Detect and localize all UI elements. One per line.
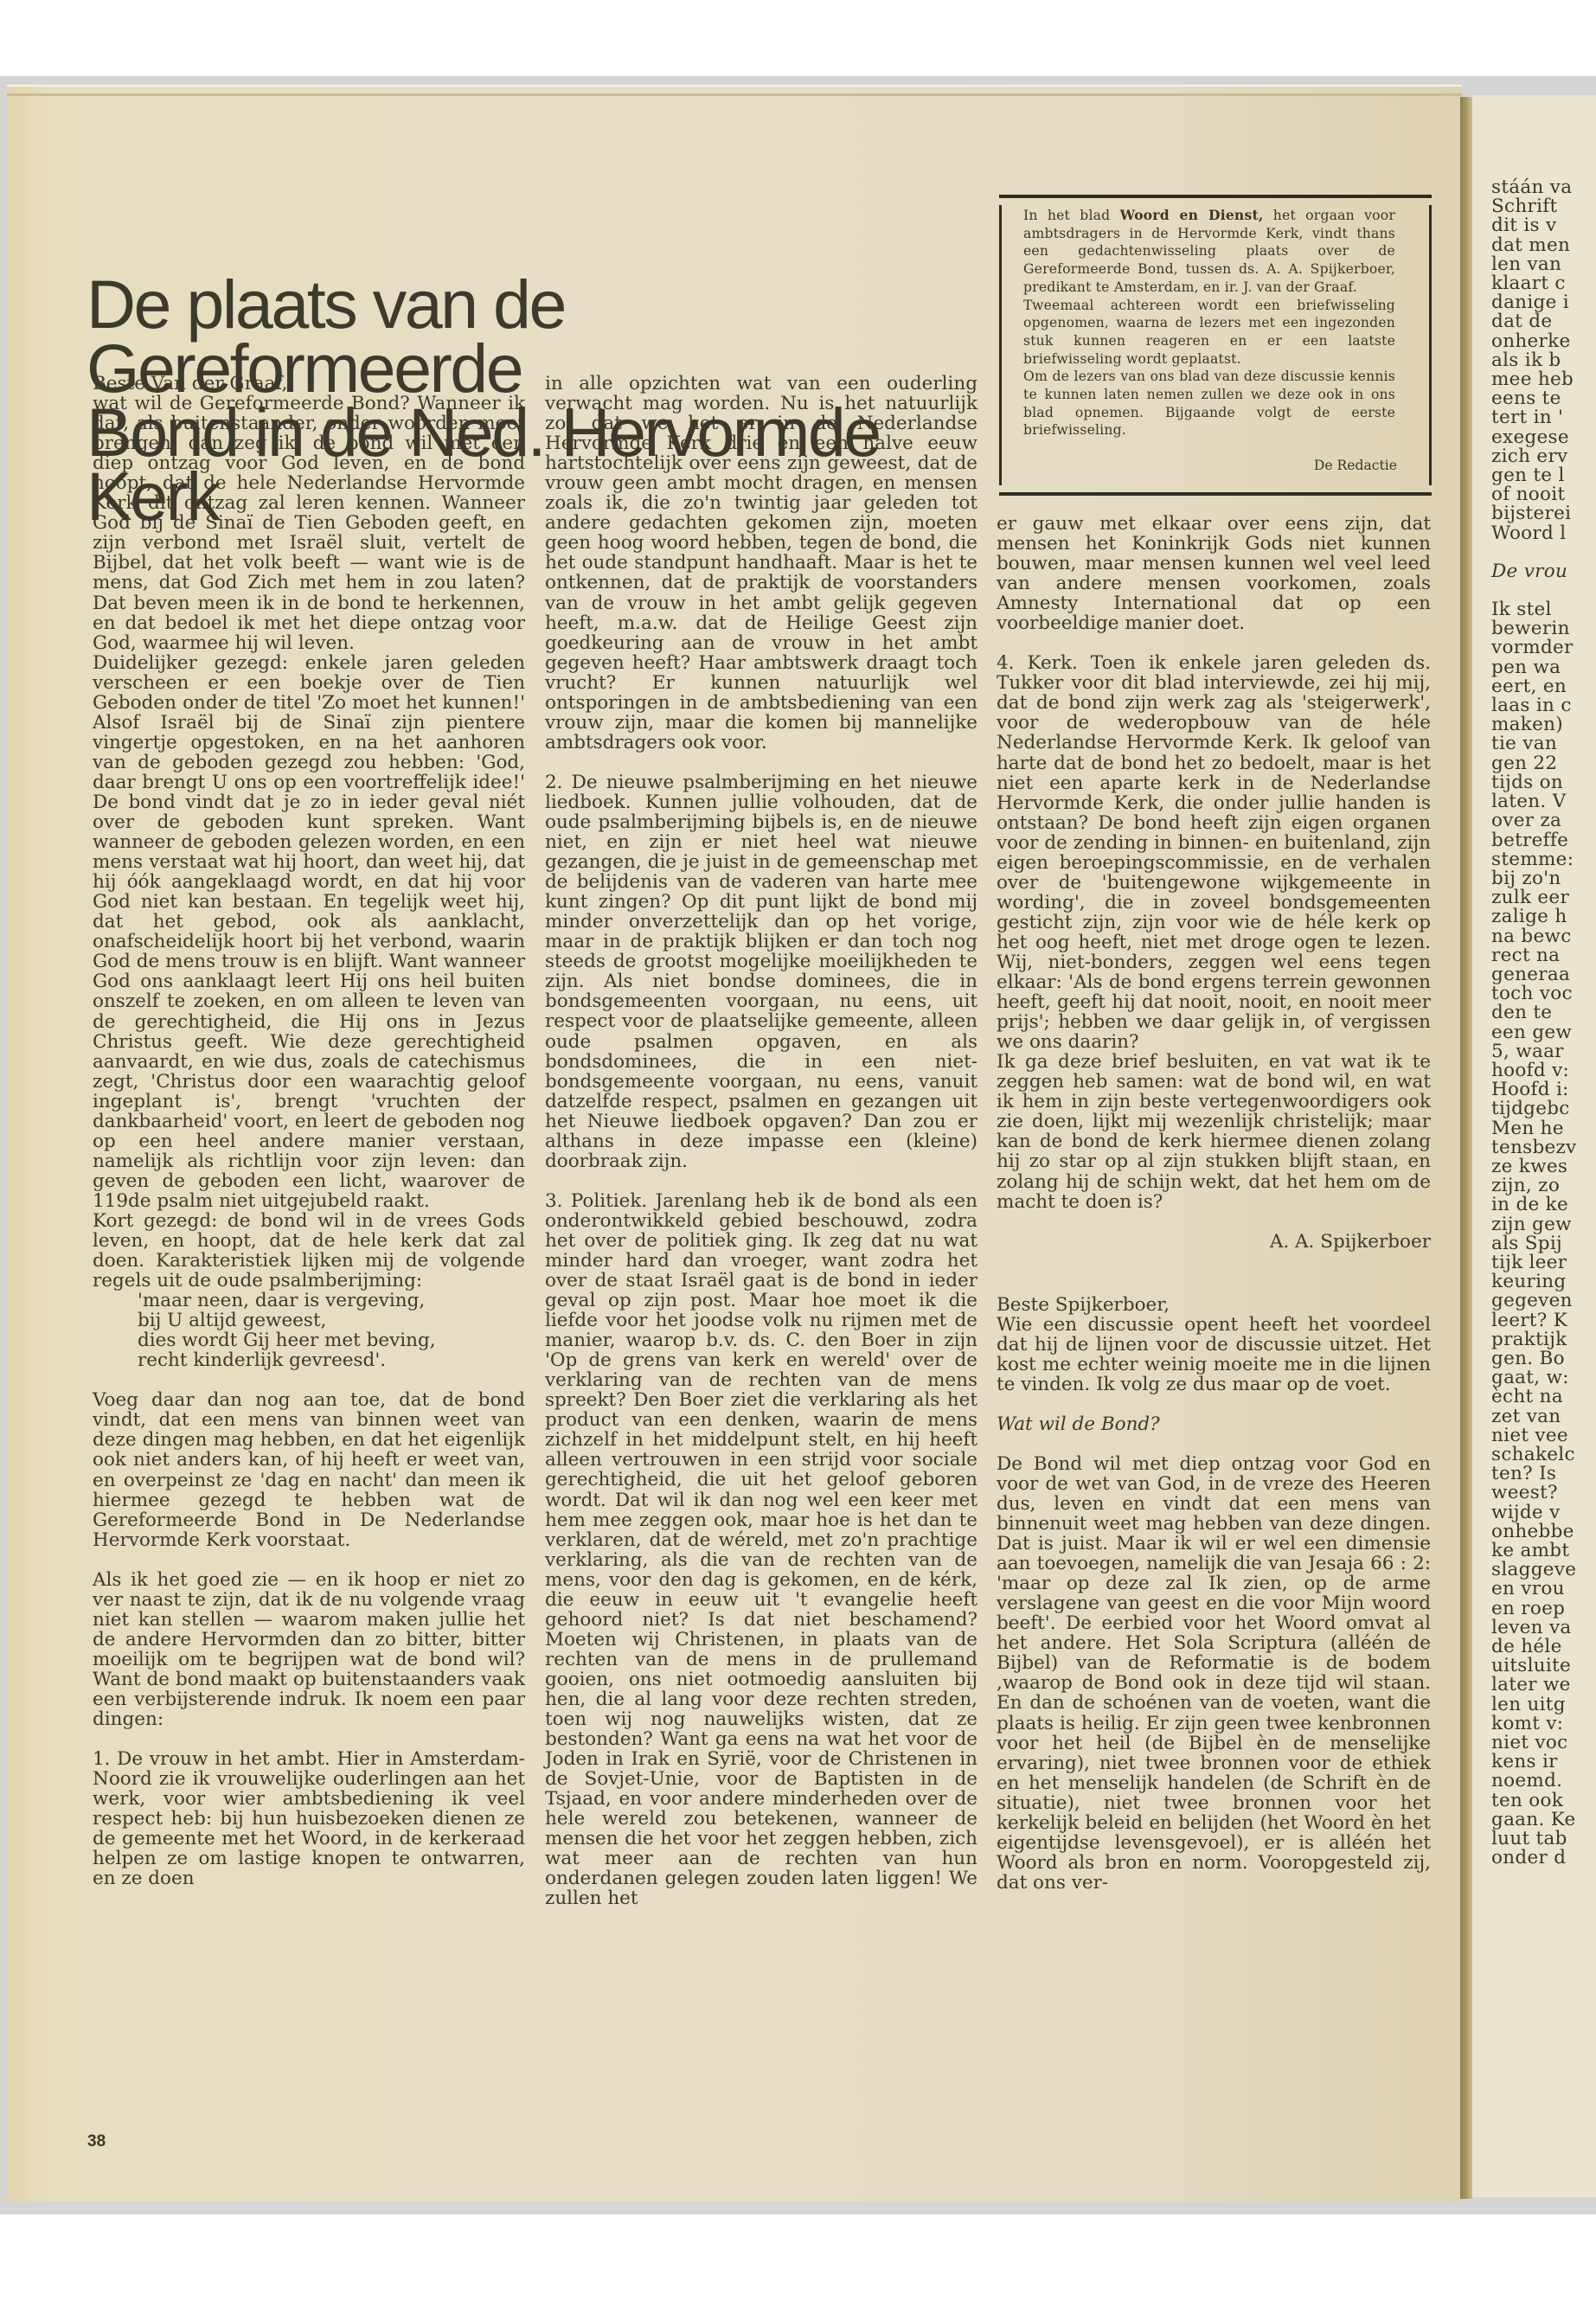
- fragment-line: niet vee: [1491, 1426, 1596, 1445]
- magazine-page-right-fragment: stáán vaSchriftdit is vdat menlen vankla…: [1472, 95, 1596, 2197]
- fragment-line: zijn, zo: [1491, 1176, 1596, 1195]
- fragment-line: stemme:: [1491, 850, 1596, 869]
- fragment-line: na bewc: [1491, 927, 1596, 946]
- notice-body: In het blad Woord en Dienst, het orgaan …: [1023, 207, 1395, 439]
- paragraph: wat wil de Gereformeerde Bond? Wanneer i…: [93, 394, 525, 653]
- fragment-line: keuring: [1491, 1272, 1596, 1292]
- fragment-line: danige i: [1491, 293, 1596, 312]
- fragment-line: gaan. Ke: [1491, 1811, 1596, 1830]
- fragment-line: pen wa: [1491, 658, 1596, 677]
- fragment-line: stáán va: [1491, 178, 1596, 197]
- fragment-line: schakelc: [1491, 1445, 1596, 1465]
- fragment-line: ze kwes: [1491, 1157, 1596, 1176]
- fragment-line: zulk eer: [1491, 888, 1596, 907]
- fragment-line: als ik b: [1491, 351, 1596, 370]
- fragment-line: niet voc: [1491, 1734, 1596, 1753]
- fragment-line: zet van: [1491, 1407, 1596, 1426]
- fragment-line: bijsterei: [1491, 504, 1596, 523]
- notice-paragraph-3: Om de lezers van ons blad van deze discu…: [1023, 368, 1395, 439]
- paragraph: Duidelijker gezegd: enkele jaren geleden…: [93, 653, 525, 1211]
- fragment-line: in de ke: [1491, 1195, 1596, 1215]
- fragment-line: praktijk: [1491, 1330, 1596, 1349]
- fragment-line: gen te l: [1491, 466, 1596, 485]
- notice-signature: De Redactie: [1314, 458, 1397, 473]
- fragment-line: De vrou: [1491, 562, 1596, 581]
- fragment-line: tijdgebc: [1491, 1099, 1596, 1118]
- fragment-line: Men he: [1491, 1119, 1596, 1138]
- next-page-column: stáán vaSchriftdit is vdat menlen vankla…: [1491, 178, 1596, 1868]
- fragment-line: gen 22: [1491, 754, 1596, 773]
- page-spine: [1460, 97, 1472, 2199]
- article-column-3: er gauw met elkaar over eens zijn, dat m…: [997, 514, 1431, 1893]
- fragment-line: leert? K: [1491, 1311, 1596, 1330]
- fragment-line: zijn gew: [1491, 1215, 1596, 1234]
- fragment-line: toch voc: [1491, 984, 1596, 1003]
- fragment-line: bij zo'n: [1491, 869, 1596, 888]
- fragment-line: mee heb: [1491, 370, 1596, 389]
- fragment-line: tijds on: [1491, 773, 1596, 792]
- paragraph: Voeg daar dan nog aan toe, dat de bond v…: [93, 1390, 525, 1549]
- fragment-line: zich erv: [1491, 447, 1596, 466]
- paragraph: in alle opzichten wat van een ouderling …: [545, 374, 977, 753]
- paragraph: Als ik het goed zie — en ik hoop er niet…: [93, 1570, 525, 1729]
- psalm-quote: 'maar neen, daar is vergeving, bij U alt…: [138, 1291, 525, 1370]
- fragment-line: weest?: [1491, 1484, 1596, 1503]
- fragment-line: ècht na: [1491, 1388, 1596, 1407]
- fragment-line: vormder: [1491, 638, 1596, 657]
- fragment-line: onder d: [1491, 1849, 1596, 1868]
- point-2-psalms: 2. De nieuwe psalmberijming en het nieuw…: [545, 772, 977, 1171]
- fragment-line: rect na: [1491, 946, 1596, 965]
- fragment-line: gaat, w:: [1491, 1368, 1596, 1388]
- salutation-2: Beste Spijkerboer,: [997, 1295, 1431, 1315]
- fragment-line: ten? Is: [1491, 1465, 1596, 1484]
- fragment-line: ke ambt: [1491, 1541, 1596, 1561]
- fragment-line: den te: [1491, 1003, 1596, 1022]
- fragment-line: Schrift: [1491, 197, 1596, 216]
- fragment-line: gen. Bo: [1491, 1349, 1596, 1368]
- fragment-line: exegese: [1491, 428, 1596, 447]
- fragment-line: later we: [1491, 1676, 1596, 1695]
- fragment-line: 5, waar: [1491, 1042, 1596, 1061]
- paragraph: De Bond wil met diep ontzag voor God en …: [997, 1454, 1431, 1893]
- fragment-line: Hoofd i:: [1491, 1080, 1596, 1099]
- fragment-line: slaggeve: [1491, 1561, 1596, 1580]
- fragment-line: maken): [1491, 715, 1596, 734]
- point-3-politics: 3. Politiek. Jarenlang heb ik de bond al…: [545, 1191, 977, 1909]
- paragraph: Wie een discussie opent heeft het voorde…: [997, 1315, 1431, 1394]
- fragment-line: een gew: [1491, 1023, 1596, 1042]
- fragment-line: bewerin: [1491, 619, 1596, 638]
- paragraph: er gauw met elkaar over eens zijn, dat m…: [997, 514, 1431, 633]
- paragraph: Kort gezegd: de bond wil in de vrees God…: [93, 1211, 525, 1291]
- fragment-line: onherke: [1491, 332, 1596, 351]
- fragment-line: de héle: [1491, 1638, 1596, 1657]
- fragment-line: len van: [1491, 255, 1596, 274]
- fragment-line: tert in ': [1491, 408, 1596, 427]
- fragment-line: of nooit: [1491, 485, 1596, 504]
- notice-paragraph-1: In het blad Woord en Dienst, het orgaan …: [1023, 207, 1395, 297]
- fragment-line: en vrou: [1491, 1580, 1596, 1599]
- fragment-line: len uitg: [1491, 1695, 1596, 1715]
- paragraph: Ik ga deze brief besluiten, en vat wat i…: [997, 1052, 1431, 1211]
- fragment-line: laten. V: [1491, 792, 1596, 811]
- fragment-line: dat men: [1491, 236, 1596, 255]
- fragment-line: kens ir: [1491, 1753, 1596, 1772]
- point-1-woman-in-office: 1. De vrouw in het ambt. Hier in Amsterd…: [93, 1749, 525, 1888]
- article-column-2: in alle opzichten wat van een ouderling …: [545, 374, 977, 1909]
- fragment-line: generaa: [1491, 965, 1596, 984]
- fragment-line: wijde v: [1491, 1503, 1596, 1522]
- fragment-line: en roep: [1491, 1599, 1596, 1618]
- fragment-line: leven va: [1491, 1618, 1596, 1638]
- fragment-line: tijk leer: [1491, 1253, 1596, 1272]
- fragment-line: dat de: [1491, 312, 1596, 331]
- fragment-line: zalige h: [1491, 907, 1596, 926]
- page-number: 38: [87, 2132, 106, 2151]
- fragment-line: laas in c: [1491, 696, 1596, 715]
- fragment-line: uitsluite: [1491, 1657, 1596, 1676]
- fragment-line: dit is v: [1491, 216, 1596, 235]
- fragment-line: als Spij: [1491, 1234, 1596, 1253]
- fragment-line: klaart c: [1491, 274, 1596, 293]
- point-4-church: 4. Kerk. Toen ik enkele jaren geleden ds…: [997, 653, 1431, 1052]
- publication-name: Woord en Dienst,: [1120, 207, 1264, 223]
- section-heading: Wat wil de Bond?: [997, 1414, 1431, 1434]
- fragment-line: eens te: [1491, 389, 1596, 408]
- fragment-line: Ik stel: [1491, 600, 1596, 619]
- fragment-line: over za: [1491, 811, 1596, 830]
- fragment-line: onhebbe: [1491, 1522, 1596, 1541]
- notice-paragraph-2: Tweemaal achtereen wordt een briefwissel…: [1023, 297, 1395, 369]
- letter-1-signature: A. A. Spijkerboer: [997, 1232, 1431, 1252]
- fragment-line: gegeven: [1491, 1292, 1596, 1311]
- fragment-line: eert, en: [1491, 677, 1596, 696]
- fragment-line: tensbezv: [1491, 1138, 1596, 1157]
- article-column-1: Beste Van der Graaf, wat wil de Gereform…: [93, 374, 525, 1888]
- editorial-notice-box: In het blad Woord en Dienst, het orgaan …: [999, 195, 1432, 496]
- fragment-line: komt v:: [1491, 1715, 1596, 1734]
- fragment-line: noemd.: [1491, 1772, 1596, 1791]
- fragment-line: hoofd v:: [1491, 1061, 1596, 1080]
- salutation: Beste Van der Graaf,: [93, 374, 525, 394]
- fragment-line: ten ook: [1491, 1791, 1596, 1811]
- fragment-line: Woord l: [1491, 524, 1596, 543]
- fragment-line: luut tab: [1491, 1830, 1596, 1849]
- fragment-line: tie van: [1491, 734, 1596, 753]
- fragment-line: betreffe: [1491, 831, 1596, 850]
